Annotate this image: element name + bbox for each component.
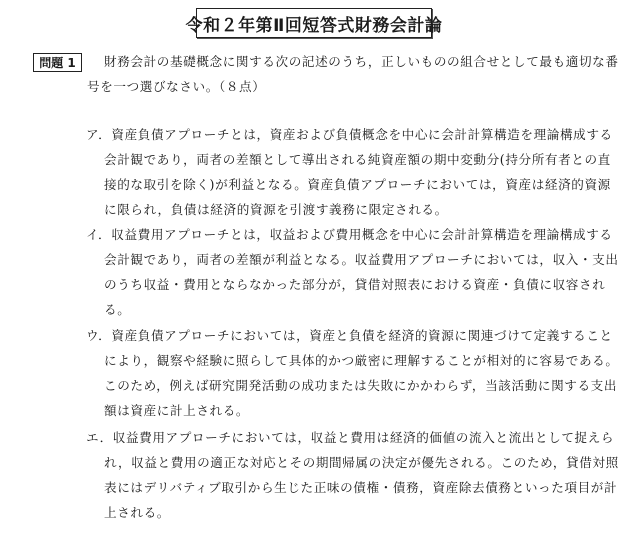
statement-a-line-3: 接的な取引を除く)が利益となる。資産負債アプローチにおいては，資産は経済的資源 [104, 177, 611, 193]
statement-u-line-1: ウ．資産負債アプローチにおいては，資産と負債を経済的資源に関連づけて定義すること [86, 328, 613, 344]
statement-i-line-3: のうち収益・費用とならなかった部分が，貸借対照表における資産・負債に収容され [104, 277, 605, 293]
statement-i-line-2: 会計観であり，両者の差額が利益となる。収益費用アプローチにおいては，収入・支出 [104, 252, 619, 268]
question-prompt-line-2: 号を一つ選びなさい。（８点） [87, 79, 265, 95]
statement-u-line-3: このため，例えば研究開発活動の成功または失敗にかかわらず，当該活動に関する支出 [104, 378, 617, 394]
statement-e-line-3: 表にはデリバティブ取引から生じた正味の債権・債務，資産除去債務といった項目が計 [104, 480, 617, 496]
question-prompt-line-1: 財務会計の基礎概念に関する次の記述のうち，正しいものの組合せとして最も適切な番 [104, 54, 619, 70]
statement-a-line-1: ア．資産負債アプローチとは，資産および負債概念を中心に会計計算構造を理論構成する [86, 127, 613, 143]
statement-a-line-4: に限られ，負債は経済的資源を引渡す義務に限定される。 [104, 202, 448, 218]
statement-e-line-1: エ．収益費用アプローチにおいては，収益と費用は経済的価値の流入と流出として捉えら [86, 430, 614, 446]
statement-u-line-2: により，観察や経験に照らして具体的かつ厳密に理解することが相対的に容易である。 [104, 353, 619, 369]
statement-a-line-2: 会計観であり，両者の差額として導出される純資産額の期中変動分(持分所有者との直 [104, 152, 611, 168]
statement-u-line-4: 額は資産に計上される。 [104, 403, 249, 419]
statement-e-line-2: れ，収益と費用の適正な対応とその期間帰属の決定が優先される。このため，貸借対照 [104, 455, 619, 471]
exam-title: 令和２年第Ⅱ回短答式財務会計論 [196, 8, 432, 38]
statement-e-line-4: 上される。 [104, 505, 170, 521]
statement-i-line-1: イ．収益費用アプローチとは，収益および費用概念を中心に会計計算構造を理論構成する [86, 227, 613, 243]
statement-i-line-4: る。 [104, 302, 130, 318]
question-number-label: 問題 1 [33, 53, 82, 72]
